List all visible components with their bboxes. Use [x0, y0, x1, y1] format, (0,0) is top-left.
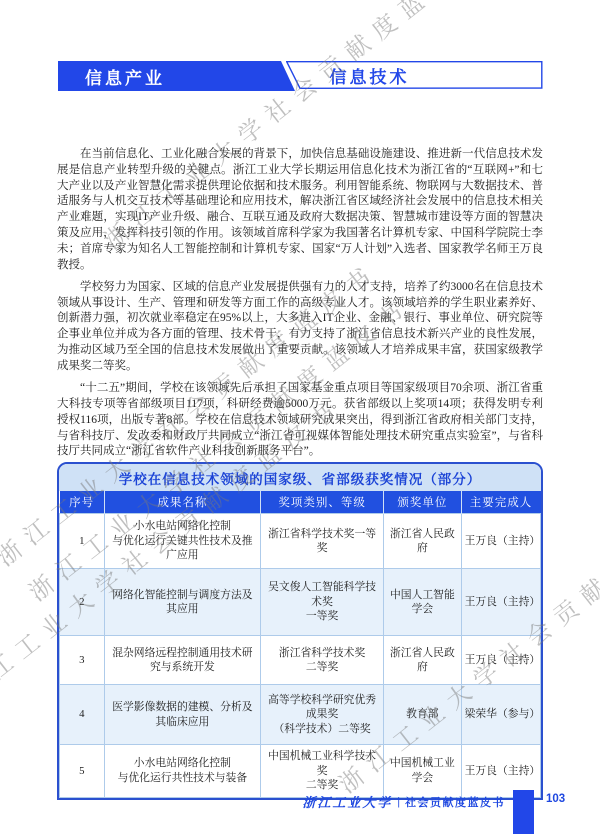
document-page: 信息产业 信息技术 在当前信息化、工业化融合发展的背景下，加快信息基础设施建设、…	[0, 0, 600, 834]
table-row: 2 网络化智能控制与调度方法及其应用 吴文俊人工智能科学技术奖 一等奖 中国人工…	[60, 569, 541, 636]
section-banner-label: 信息产业	[85, 64, 165, 89]
award-cell: 浙江省科学技术奖一等奖	[261, 514, 384, 569]
row-index-cell: 2	[60, 569, 105, 636]
body-text: 在当前信息化、工业化融合发展的背景下，加快信息基础设施建设、推进新一代信息技术发…	[57, 147, 543, 467]
result-name-cell: 医学影像数据的建模、分析及其临床应用	[104, 685, 260, 745]
row-index-cell: 1	[60, 514, 105, 569]
award-cell: 高等学校科学研究优秀成果奖 （科学技术）二等奖	[261, 685, 384, 745]
award-cell: 浙江省科学技术奖 二等奖	[261, 636, 384, 685]
completer-cell: 王万良（主持）	[461, 569, 540, 636]
paragraph-1: 在当前信息化、工业化融合发展的背景下，加快信息基础设施建设、推进新一代信息技术发…	[57, 147, 543, 273]
result-name-cell: 小水电站网络化控制 与优化运行关键共性技术及推广应用	[104, 514, 260, 569]
table-row: 4 医学影像数据的建模、分析及其临床应用 高等学校科学研究优秀成果奖 （科学技术…	[60, 685, 541, 745]
awards-table-title: 学校在信息技术领域的国家级、省部级获奖情况（部分）	[59, 464, 541, 491]
column-header-completer: 主要完成人	[461, 491, 540, 514]
issuer-cell: 中国机械工业学会	[384, 745, 461, 798]
table-row: 1 小水电站网络化控制 与优化运行关键共性技术及推广应用 浙江省科学技术奖一等奖…	[60, 514, 541, 569]
row-index-cell: 4	[60, 685, 105, 745]
result-name-cell: 网络化智能控制与调度方法及其应用	[104, 569, 260, 636]
column-header-issuer: 颁奖单位	[384, 491, 461, 514]
issuer-cell: 浙江省人民政府	[384, 514, 461, 569]
paragraph-2: 学校努力为国家、区域的信息产业发展提供强有力的人才支持，培养了约3000名在信息…	[57, 280, 543, 375]
page-number: 103	[546, 793, 565, 805]
table-row: 5 小水电站网络化控制 与优化运行共性技术与装备 中国机械工业科学技术奖 二等奖…	[60, 745, 541, 798]
footer: 浙江工业大学 | 社会贡献度蓝皮书	[302, 792, 505, 811]
subsection-banner-label: 信息技术	[241, 61, 498, 89]
table-header-row: 序号 成果名称 奖项类别、等级 颁奖单位 主要完成人	[60, 491, 541, 514]
completer-cell: 王万良（主持）	[461, 636, 540, 685]
subsection-banner: 信息技术	[286, 61, 543, 89]
footer-accent-bar	[513, 790, 534, 834]
award-cell: 吴文俊人工智能科学技术奖 一等奖	[261, 569, 384, 636]
column-header-index: 序号	[60, 491, 105, 514]
issuer-cell: 浙江省人民政府	[384, 636, 461, 685]
row-index-cell: 5	[60, 745, 105, 798]
issuer-cell: 教育部	[384, 685, 461, 745]
result-name-cell: 混杂网络远程控制通用技术研究与系统开发	[104, 636, 260, 685]
column-header-award: 奖项类别、等级	[261, 491, 384, 514]
paragraph-3: “十二五”期间，学校在该领域先后承担了国家基金重点项目等国家级项目70余项、浙江…	[57, 381, 543, 460]
footer-book-title: 社会贡献度蓝皮书	[405, 794, 505, 810]
completer-cell: 梁荣华（参与）	[461, 685, 540, 745]
award-cell: 中国机械工业科学技术奖 二等奖	[261, 745, 384, 798]
footer-divider: |	[397, 794, 400, 809]
completer-cell: 王万良（主持）	[461, 514, 540, 569]
footer-university: 浙江工业大学	[302, 792, 392, 811]
column-header-result: 成果名称	[104, 491, 260, 514]
result-name-cell: 小水电站网络化控制 与优化运行共性技术与装备	[104, 745, 260, 798]
table-row: 3 混杂网络远程控制通用技术研究与系统开发 浙江省科学技术奖 二等奖 浙江省人民…	[60, 636, 541, 685]
awards-table: 学校在信息技术领域的国家级、省部级获奖情况（部分） 序号 成果名称 奖项类别、等…	[57, 462, 543, 800]
issuer-cell: 中国人工智能学会	[384, 569, 461, 636]
row-index-cell: 3	[60, 636, 105, 685]
